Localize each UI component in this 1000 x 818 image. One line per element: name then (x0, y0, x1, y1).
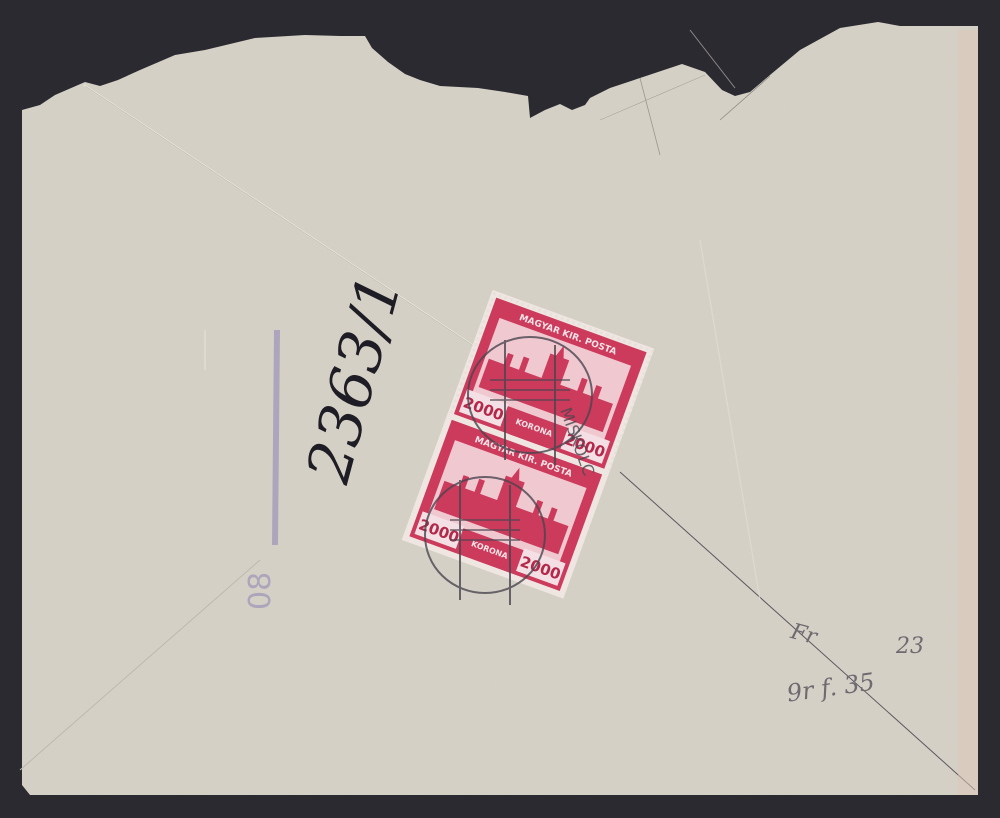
purple-mark: 08 (243, 572, 278, 610)
envelope-photo: MAGYAR KIR. POSTA 2000 2000 KORONA MAGYA… (0, 0, 1000, 818)
toned-edge (958, 30, 978, 795)
pencil-line1: 23 (895, 634, 924, 659)
purple-crayon-line (275, 330, 277, 545)
